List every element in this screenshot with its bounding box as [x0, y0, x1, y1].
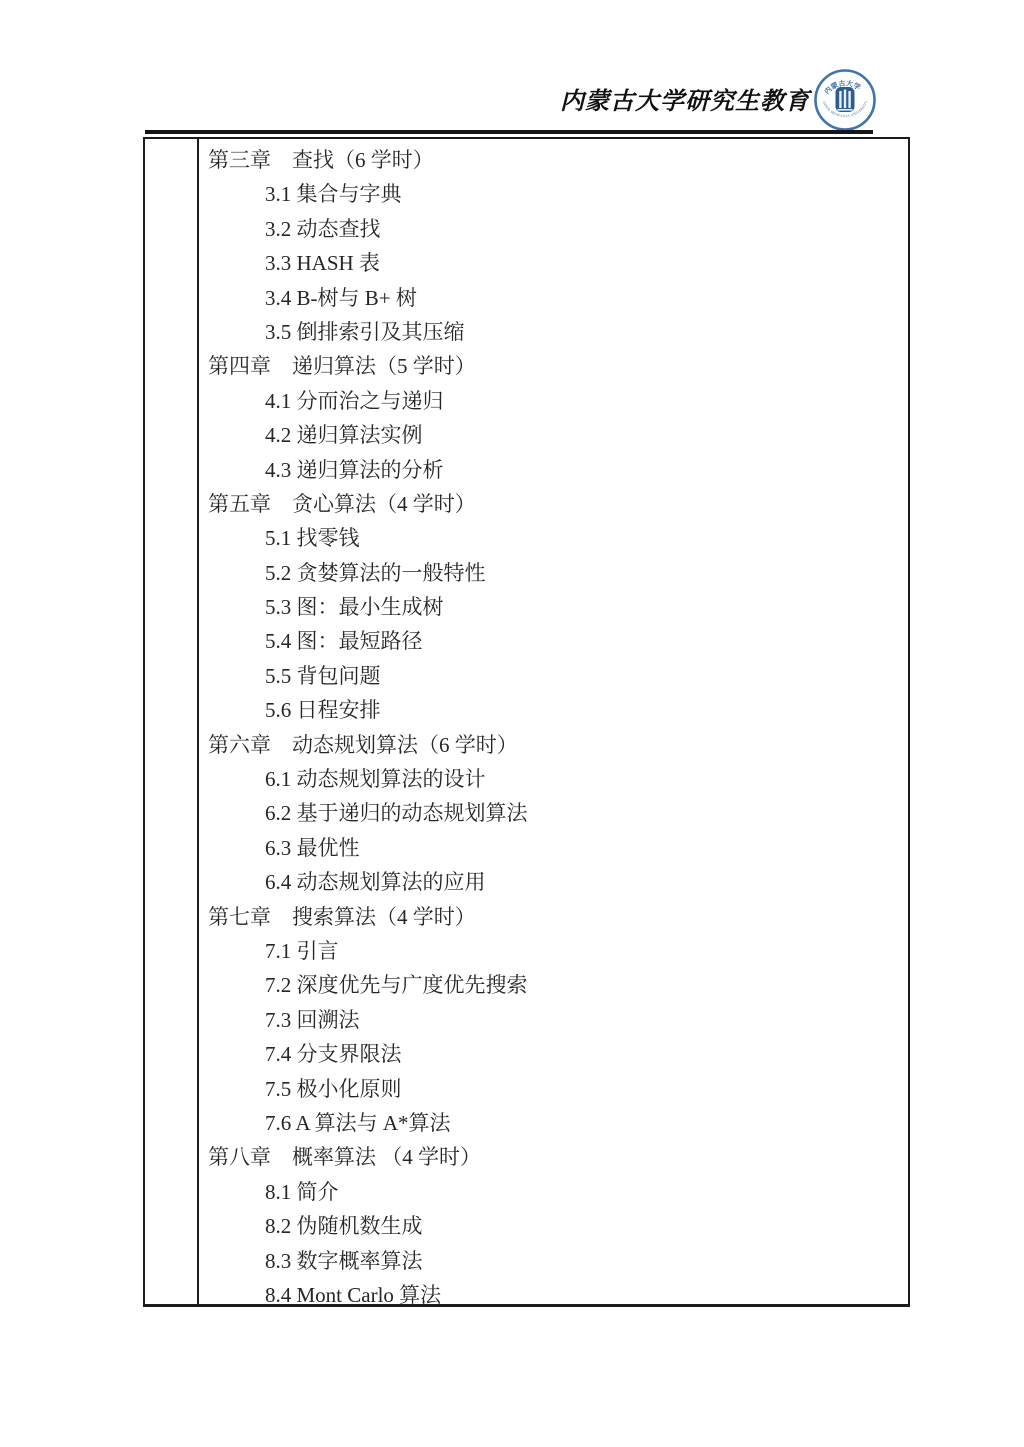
section-item: 5.6 日程安排	[199, 693, 908, 727]
chapter-heading: 第三章 查找（6 学时）	[199, 143, 908, 177]
section-item: 5.2 贪婪算法的一般特性	[199, 556, 908, 590]
section-item: 7.1 引言	[199, 934, 908, 968]
section-item: 7.3 回溯法	[199, 1003, 908, 1037]
section-item: 4.1 分而治之与递归	[199, 384, 908, 418]
course-outline: 第三章 查找（6 学时）3.1 集合与字典3.2 动态查找3.3 HASH 表3…	[199, 139, 908, 1304]
section-item: 5.3 图：最小生成树	[199, 590, 908, 624]
chapter-heading: 第五章 贪心算法（4 学时）	[199, 487, 908, 521]
chapter-heading: 第七章 搜索算法（4 学时）	[199, 900, 908, 934]
section-item: 4.3 递归算法的分析	[199, 453, 908, 487]
section-item: 5.5 背包问题	[199, 659, 908, 693]
section-item: 5.4 图：最短路径	[199, 624, 908, 658]
section-item: 7.4 分支界限法	[199, 1037, 908, 1071]
chapter-heading: 第八章 概率算法 （4 学时）	[199, 1140, 908, 1174]
section-item: 6.2 基于递归的动态规划算法	[199, 796, 908, 830]
chapter-heading: 第六章 动态规划算法（6 学时）	[199, 728, 908, 762]
section-item: 7.5 极小化原则	[199, 1072, 908, 1106]
chapter-heading: 第四章 递归算法（5 学时）	[199, 349, 908, 383]
section-item: 6.3 最优性	[199, 831, 908, 865]
section-item: 3.4 B-树与 B+ 树	[199, 281, 908, 315]
section-item: 3.2 动态查找	[199, 212, 908, 246]
section-item: 6.4 动态规划算法的应用	[199, 865, 908, 899]
letterhead-rule	[145, 130, 873, 134]
section-item: 4.2 递归算法实例	[199, 418, 908, 452]
section-item: 6.1 动态规划算法的设计	[199, 762, 908, 796]
section-item: 7.6 A 算法与 A*算法	[199, 1106, 908, 1140]
section-item: 8.2 伪随机数生成	[199, 1209, 908, 1243]
section-item: 3.5 倒排索引及其压缩	[199, 315, 908, 349]
section-item: 3.3 HASH 表	[199, 246, 908, 280]
section-item: 8.3 数字概率算法	[199, 1244, 908, 1278]
document-page: 内蒙古大学研究生教育 内蒙古大学 INNER MONGOLIA UNIVERSI…	[0, 0, 1024, 1447]
table-left-column	[145, 139, 199, 1304]
syllabus-table: 第三章 查找（6 学时）3.1 集合与字典3.2 动态查找3.3 HASH 表3…	[143, 137, 910, 1307]
university-seal-icon: 内蒙古大学 INNER MONGOLIA UNIVERSITY	[813, 68, 877, 132]
section-item: 5.1 找零钱	[199, 521, 908, 555]
section-item: 8.1 简介	[199, 1175, 908, 1209]
section-item: 8.4 Mont Carlo 算法	[199, 1278, 908, 1304]
section-item: 7.2 深度优先与广度优先搜索	[199, 968, 908, 1002]
university-letterhead-title: 内蒙古大学研究生教育	[560, 85, 810, 119]
section-item: 3.1 集合与字典	[199, 177, 908, 211]
